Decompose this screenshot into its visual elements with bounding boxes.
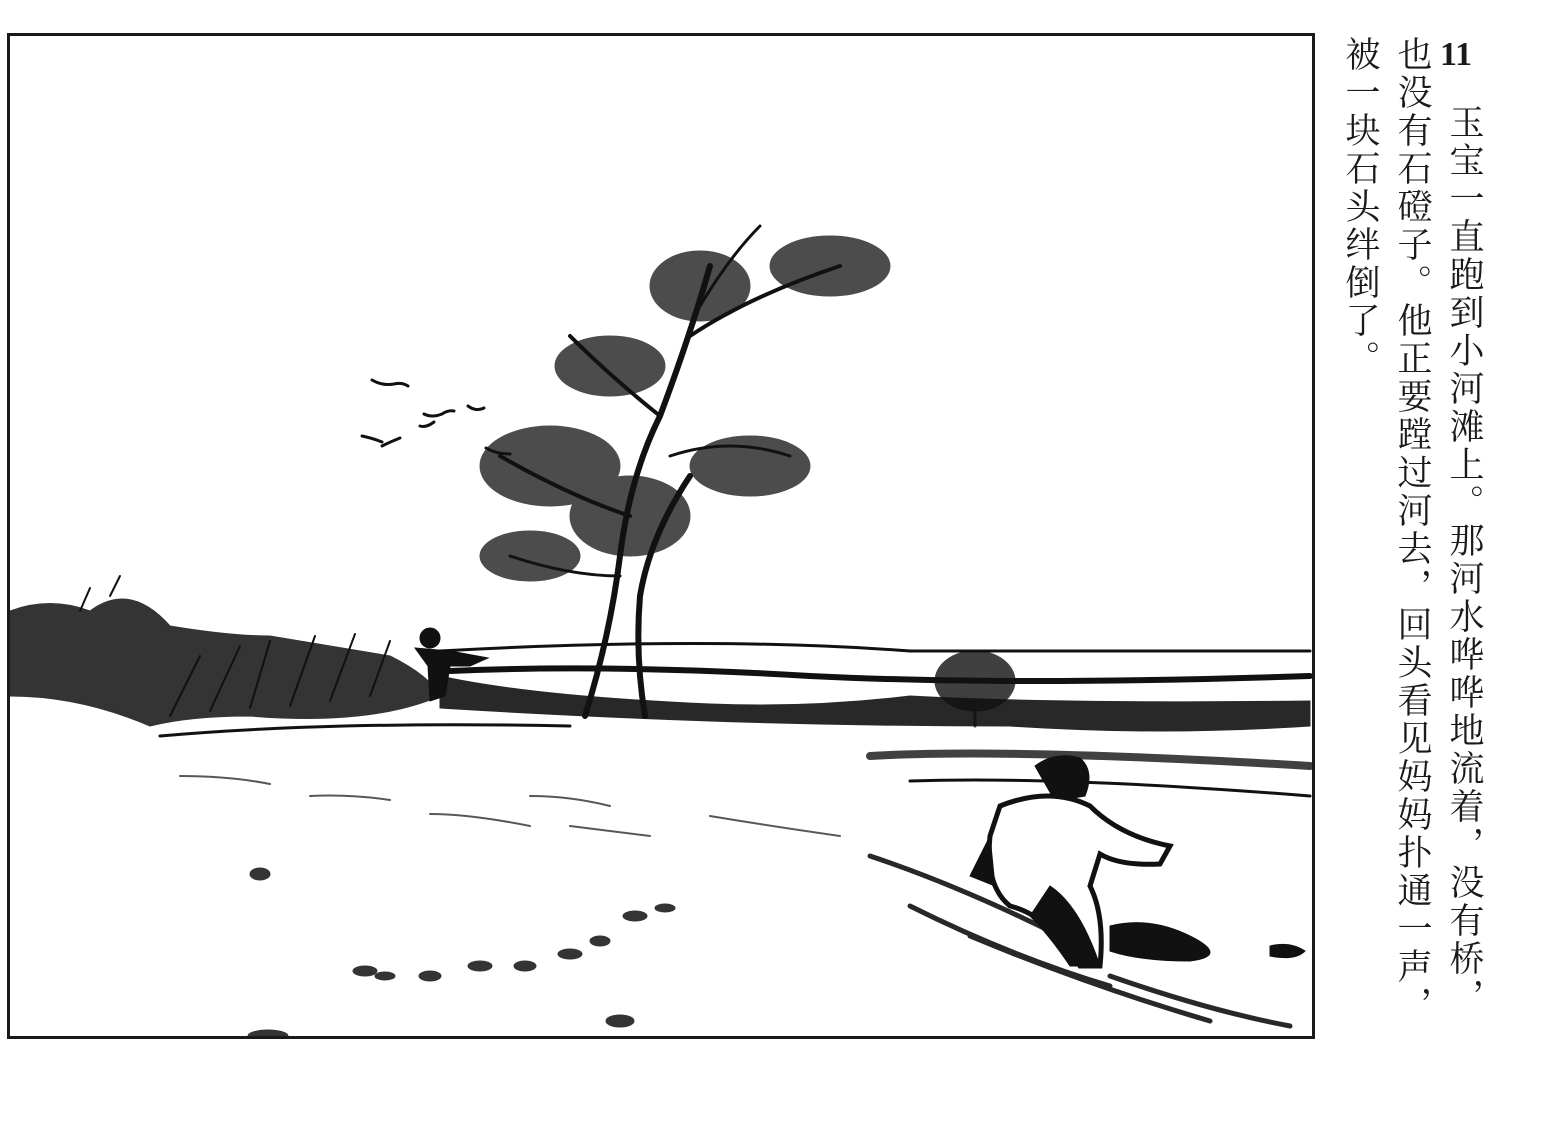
tree-foliage: [480, 236, 890, 581]
caption-text: 玉宝一直跑到小河滩上。那河水哗哗地流着，没有桥， 也没有石磴子。他正要蹚过河去，…: [1336, 36, 1486, 1036]
fallen-mother: [970, 756, 1305, 966]
caption-column-1: 玉宝一直跑到小河滩上。那河水哗哗地流着，没有桥，: [1442, 104, 1486, 1036]
far-bank: [440, 644, 1310, 652]
river-shore: [440, 676, 1310, 731]
ink-illustration: [10, 36, 1312, 1036]
flying-birds: [362, 380, 510, 454]
left-grass-bank: [10, 599, 440, 726]
caption-column-2: 也没有石磴子。他正要蹚过河去，回头看见妈妈扑通一声，: [1390, 36, 1434, 1036]
footprints: [248, 868, 675, 1036]
illustration-panel: [7, 33, 1315, 1039]
caption-column-3: 被一块石头绊倒了。: [1338, 36, 1382, 1036]
